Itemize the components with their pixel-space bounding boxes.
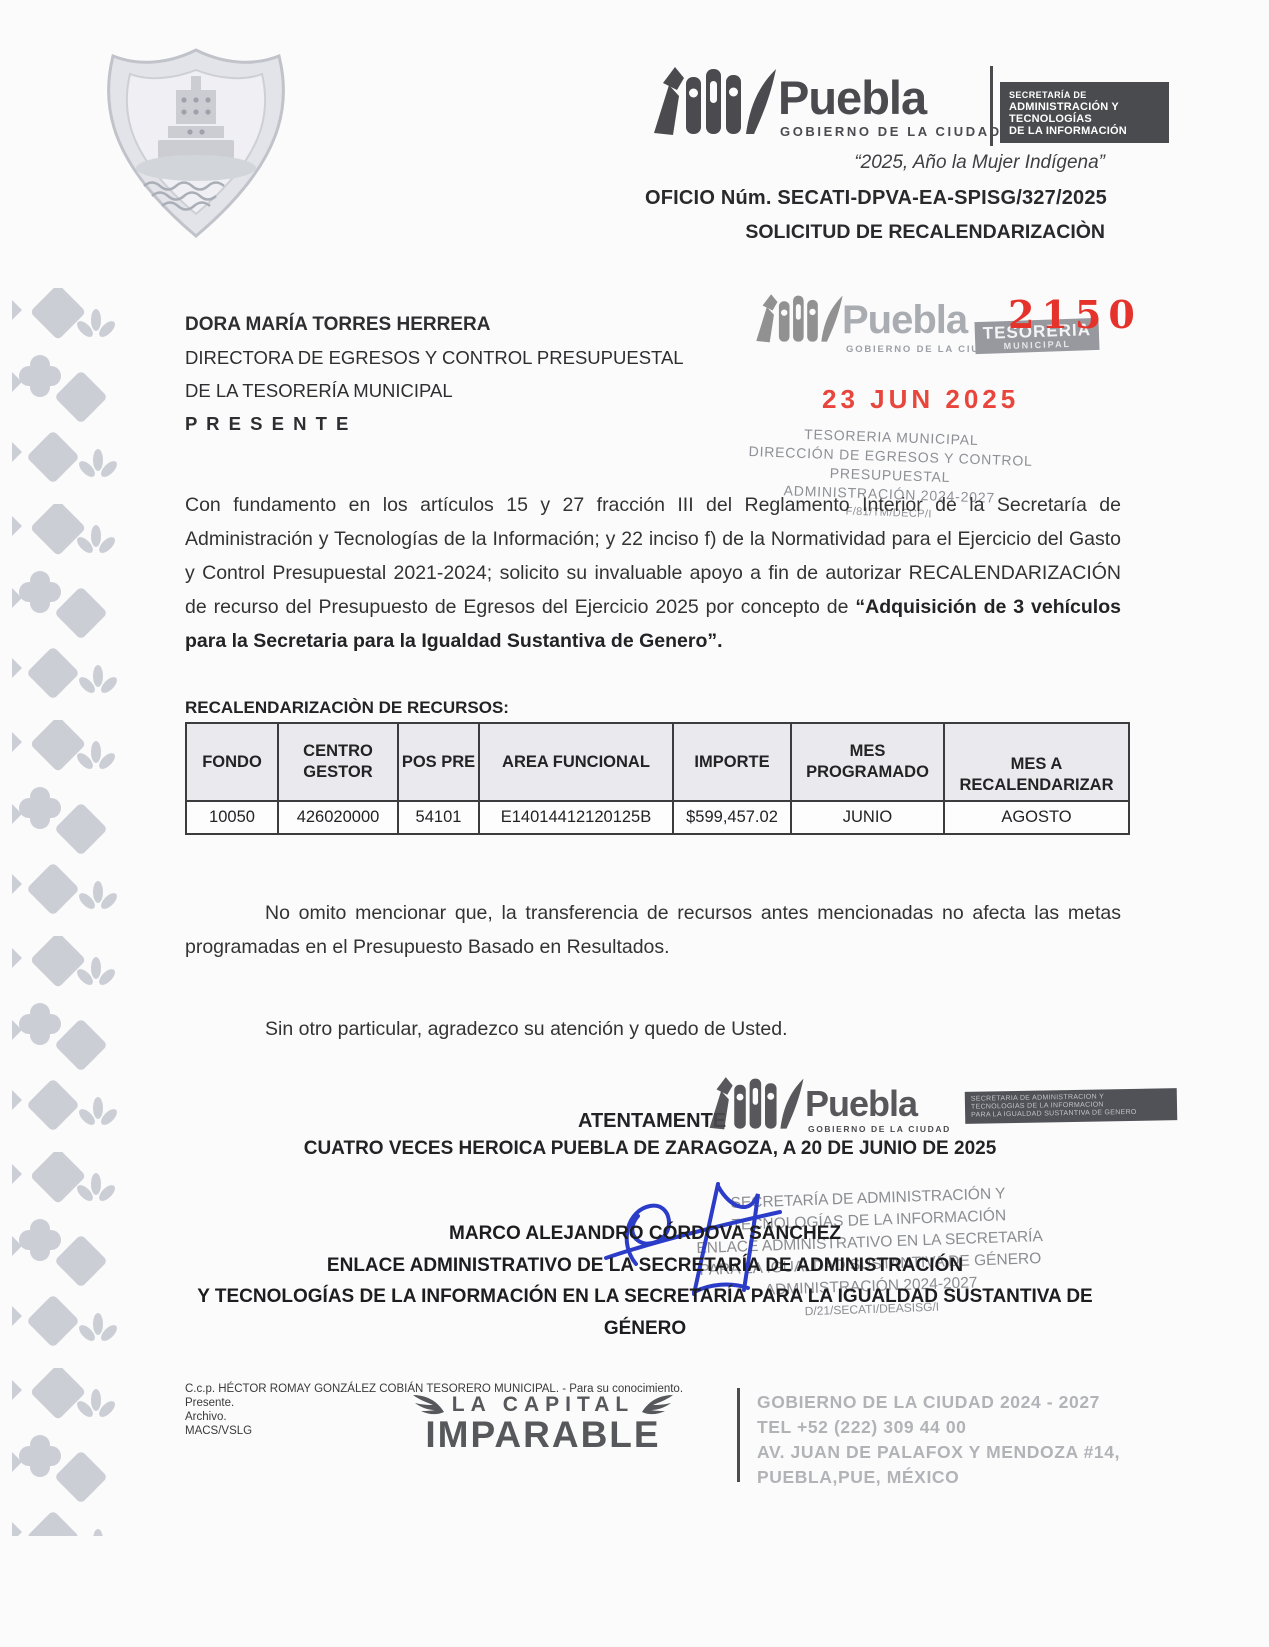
col-header-pos-pre: POS PRE <box>398 723 479 801</box>
cell-importe: $599,457.02 <box>673 801 791 834</box>
col-header-importe: IMPORTE <box>673 723 791 801</box>
received-date-stamp: 23 JUN 2025 <box>822 384 1019 415</box>
stamp-puebla-wordmark: Puebla <box>842 298 967 343</box>
oficio-subject: SOLICITUD DE RECALENDARIZACIÒN <box>500 221 1105 244</box>
footer-address-block: GOBIERNO DE LA CIUDAD 2024 - 2027 TEL +5… <box>757 1390 1177 1490</box>
atentamente-secretariat-box: SECRETARÍA DE ADMINISTRACIÓN Y TECNOLOGÍ… <box>965 1088 1178 1124</box>
footer-line-city: PUEBLA,PUE, MÉXICO <box>757 1465 1177 1490</box>
la-capital-imparable-logo: LA CAPITAL IMPARABLE <box>388 1392 698 1452</box>
recipient-name: DORA MARÍA TORRES HERRERA <box>185 308 745 341</box>
atentamente-label: ATENTAMENTE <box>578 1110 726 1133</box>
signer-block: MARCO ALEJANDRO CÓRDOVA SÁNCHEZ ENLACE A… <box>165 1218 1125 1344</box>
col-header-area-funcional: AREA FUNCIONAL <box>479 723 673 801</box>
footer-line-gobierno: GOBIERNO DE LA CIUDAD 2024 - 2027 <box>757 1390 1177 1415</box>
cell-mes-recalendarizar: AGOSTO <box>944 801 1129 834</box>
secretariat-box: SECRETARÍA DE ADMINISTRACIÓN Y TECNOLOGÍ… <box>1000 82 1169 143</box>
secretariat-line2: ADMINISTRACIÓN Y TECNOLOGÍAS <box>1009 101 1161 125</box>
cell-mes-programado: JUNIO <box>791 801 944 834</box>
cell-pos-pre: 54101 <box>398 801 479 834</box>
signer-name: MARCO ALEJANDRO CÓRDOVA SÁNCHEZ <box>165 1218 1125 1250</box>
cell-centro-gestor: 426020000 <box>278 801 398 834</box>
recipient-block: DORA MARÍA TORRES HERRERA DIRECTORA DE E… <box>185 308 745 440</box>
brand-divider <box>990 66 993 146</box>
talavera-border-pattern <box>8 288 120 1536</box>
footer-divider <box>737 1388 740 1482</box>
footer-line-tel: TEL +52 (222) 309 44 00 <box>757 1415 1177 1440</box>
col-header-mes-recalendarizar: MES A RECALENDARIZAR <box>944 723 1129 801</box>
recipient-title-1: DIRECTORA DE EGRESOS Y CONTROL PRESUPUES… <box>185 341 745 374</box>
capital-line2: IMPARABLE <box>388 1418 698 1452</box>
city-and-date-line: CUATRO VECES HEROICA PUEBLA DE ZARAGOZA,… <box>185 1138 1115 1160</box>
body-paragraph-2: No omito mencionar que, la transferencia… <box>185 896 1121 964</box>
atentamente-puebla-tagline: GOBIERNO DE LA CIUDAD <box>808 1124 951 1134</box>
oficio-number: OFICIO Núm. SECATI-DPVA-EA-SPISG/327/202… <box>500 187 1107 210</box>
recalendarizacion-table: FONDO CENTRO GESTOR POS PRE AREA FUNCION… <box>185 722 1130 835</box>
recipient-salutation: P R E S E N T E <box>185 407 745 440</box>
puebla-logo-icon <box>648 58 778 146</box>
cell-area-funcional: E14014412120125B <box>479 801 673 834</box>
scanned-oficio-page: Puebla GOBIERNO DE LA CIUDAD SECRETARÍA … <box>0 0 1269 1647</box>
atentamente-puebla-icon <box>705 1070 805 1138</box>
body-paragraph-1: Con fundamento en los artículos 15 y 27 … <box>185 488 1121 658</box>
col-header-fondo: FONDO <box>186 723 278 801</box>
table-header-row: FONDO CENTRO GESTOR POS PRE AREA FUNCION… <box>186 723 1129 801</box>
stamp-puebla-icon <box>752 288 844 350</box>
table-title: RECALENDARIZACIÒN DE RECURSOS: <box>185 698 509 718</box>
wing-left-icon <box>412 1392 446 1418</box>
puebla-wordmark: Puebla <box>778 70 926 125</box>
folio-number-stamp: 2150 <box>1008 292 1142 337</box>
secretariat-line3: DE LA INFORMACIÓN <box>1009 125 1161 137</box>
col-header-centro-gestor: CENTRO GESTOR <box>278 723 398 801</box>
brand-tagline: GOBIERNO DE LA CIUDAD <box>780 124 1002 139</box>
cell-fondo: 10050 <box>186 801 278 834</box>
col-header-mes-programado: MES PROGRAMADO <box>791 723 944 801</box>
secretariat-line1: SECRETARÍA DE <box>1009 89 1161 101</box>
signer-title-1: ENLACE ADMINISTRATIVO DE LA SECRETARÍA D… <box>165 1250 1125 1282</box>
year-motto: “2025, Año la Mujer Indígena” <box>600 152 1105 174</box>
city-crest-watermark <box>98 42 294 244</box>
table-row: 10050 426020000 54101 E14014412120125B $… <box>186 801 1129 834</box>
atentamente-puebla-wordmark: Puebla <box>805 1083 917 1125</box>
body-paragraph-3: Sin otro particular, agradezco su atenci… <box>185 1012 1121 1046</box>
footer-line-address: AV. JUAN DE PALAFOX Y MENDOZA #14, <box>757 1440 1177 1465</box>
signer-title-2: Y TECNOLOGÍAS DE LA INFORMACIÓN EN LA SE… <box>165 1281 1125 1344</box>
recipient-title-2: DE LA TESORERÍA MUNICIPAL <box>185 374 745 407</box>
